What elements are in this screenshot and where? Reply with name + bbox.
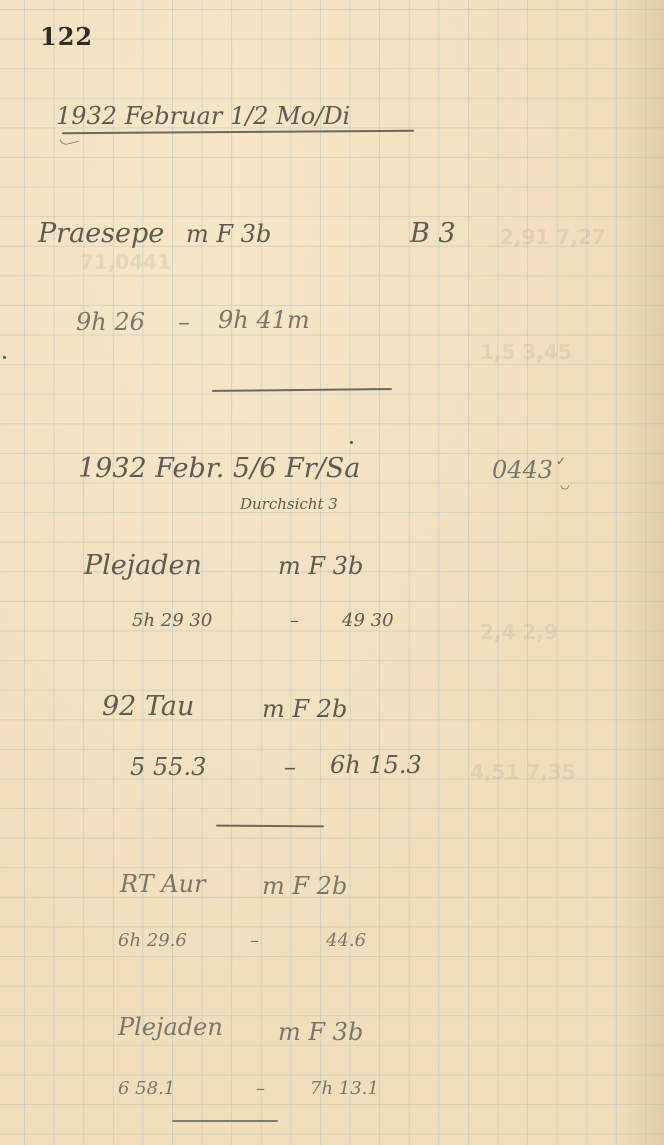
time-end: 6h 15.3 [330,753,422,777]
entry-heading: 1932 Febr. 5/6 Fr/Sa [78,455,360,482]
bleed-through-text: 2,91 7,27 [500,225,606,249]
time-separator: – [250,932,259,950]
time-separator: – [256,1080,265,1098]
time-start: 6h 29.6 [118,932,187,950]
small-arc: ◡ [560,478,570,491]
entry-heading: 1932 Februar 1/2 Mo/Di [56,104,350,128]
section-divider [212,388,392,392]
object-name: Praesepe [38,220,164,247]
object-name: RT Aur [120,872,206,896]
time-start: 6 58.1 [118,1080,175,1098]
instrument: m F 2b [262,697,347,721]
time-end: 44.6 [326,932,366,950]
heading-suffix: 0443 [492,458,553,482]
time-separator: – [290,612,299,630]
time-separator: – [178,310,190,334]
ink-dot [350,441,353,444]
bleed-through-text: 4,51 7,35 [470,760,576,784]
time-end: 9h 41m [218,308,310,332]
check-mark: ✓ [556,454,566,468]
bleed-through-text: 2,4 2,9 [480,620,558,644]
underline [172,1120,278,1122]
time-start: 5h 29 30 [132,612,212,630]
heading-underline [62,130,414,134]
instrument: m F 3b [278,1020,363,1044]
page-number: 122 [40,22,93,51]
instrument: m F 2b [262,874,347,898]
bleed-through-text: 71,0441 [80,250,171,274]
object-name: Plejaden [118,1015,223,1039]
ink-dot [3,356,6,359]
time-end: 49 30 [342,612,394,630]
time-separator: – [284,755,296,779]
instrument: m F 3b [186,222,271,246]
section-divider [216,825,324,828]
time-end: 7h 13.1 [310,1080,379,1098]
instrument: m F 3b [278,554,363,578]
seeing-note: B 3 [410,220,456,247]
time-start: 5 55.3 [130,755,206,779]
subnote: Durchsicht 3 [240,497,338,512]
underline-flourish [59,135,79,146]
time-start: 9h 26 [76,310,145,334]
notebook-page: 71,0441 2,91 7,27 1,5 3,45 2,4 2,9 4,51 … [0,0,664,1145]
object-name: Plejaden [84,552,202,579]
bleed-through-text: 1,5 3,45 [480,340,572,364]
object-name: 92 Tau [102,693,194,720]
